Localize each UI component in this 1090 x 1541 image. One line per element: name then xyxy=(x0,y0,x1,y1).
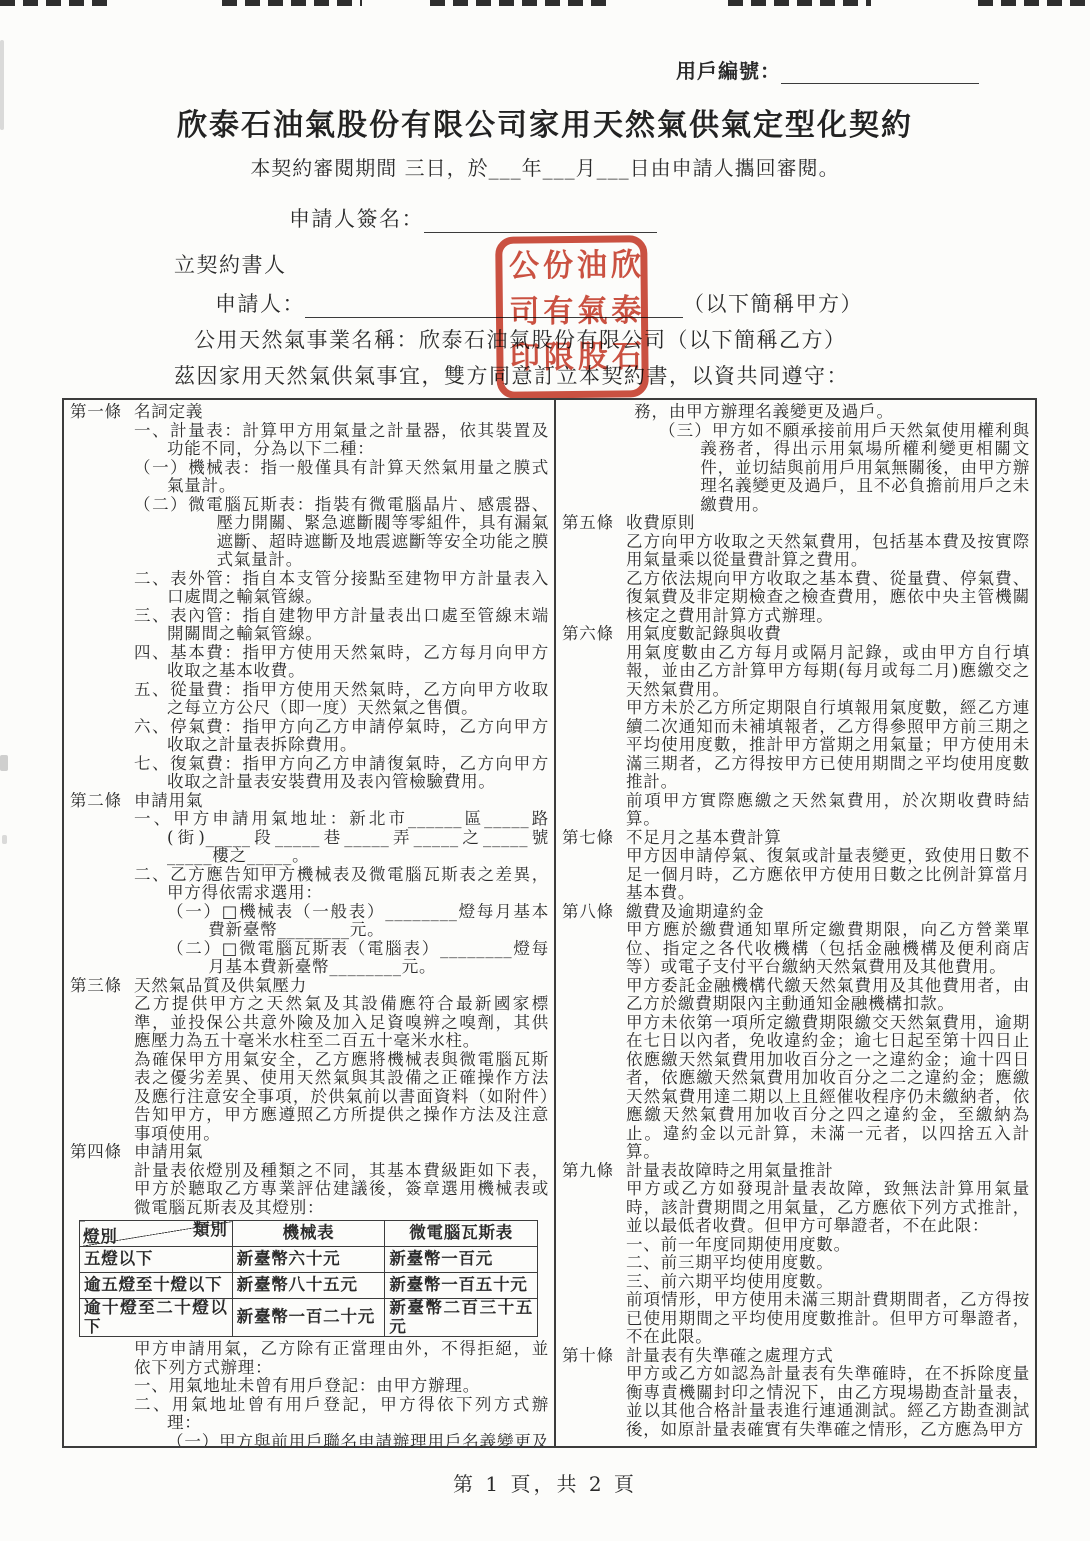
clause-2-option-mechanical[interactable]: （一）□機械表（一般表）________燈每月基本費新臺幣________元。 xyxy=(134,903,549,940)
clause-5-para: 乙方依法規向甲方收取之基本費、從量費、停氣費、復氣費及非定期檢查之檢查費用，應依… xyxy=(626,570,1030,626)
clause-8-title: 繳費及逾期違約金 xyxy=(626,903,1030,922)
clause-4-item: 二、用氣地址曾有用戶登記，甲方得依下列方式辦理： xyxy=(134,1396,549,1433)
clause-9-item: 二、前三期平均使用度數。 xyxy=(626,1254,1030,1273)
clause-8-para: 甲方應於繳費通知單所定繳費期限，向乙方營業單位、指定之各代收機構（包括金融機構及… xyxy=(626,921,1030,977)
fee-table-corner-lamp: 燈別 xyxy=(83,1228,118,1247)
clause-2-item: 一、甲方申請用氣地址：新北市______區_____路(街)_____段____… xyxy=(134,810,549,866)
fee-table-corner-category: 類別 xyxy=(193,1221,228,1240)
scan-speck-3 xyxy=(2,835,7,844)
clause-3-number: 第三條 xyxy=(70,977,134,996)
clause-4-cont-item: （三）甲方如不願承接前用戶天然氣使用權利與義務者，得出示用氣場所權利變更相關文件… xyxy=(626,422,1030,515)
fee-tier: 逾十燈至二十燈以下 xyxy=(80,1299,233,1337)
customer-number-label: 用戶編號： xyxy=(676,59,781,83)
contract-body: 第一條 名詞定義 一、計量表：計算甲方用氣量之計量器，依其裝置及功能不同，分為以… xyxy=(62,398,1037,1448)
clause-7-title: 不足月之基本費計算 xyxy=(626,829,1030,848)
clause-4-intro: 計量表依燈別及種類之不同，其基本費級距如下表，甲方於聽取乙方專業評估建議後，簽章… xyxy=(134,1162,549,1218)
clause-1-item: 五、從量費：指甲方使用天然氣時，乙方向甲方收取之每立方公尺（即一度）天然氣之售價… xyxy=(134,681,549,718)
right-column: 務，由甲方辦理名義變更及過戶。 （三）甲方如不願承接前用戶天然氣使用權利與義務者… xyxy=(556,400,1035,1446)
clause-8: 第八條 繳費及逾期違約金 甲方應於繳費通知單所定繳費期限，向乙方營業單位、指定之… xyxy=(562,903,1030,1162)
clause-1: 第一條 名詞定義 一、計量表：計算甲方用氣量之計量器，依其裝置及功能不同，分為以… xyxy=(70,403,549,792)
clause-4: 第四條 申請用氣 計量表依燈別及種類之不同，其基本費級距如下表，甲方於聽取乙方專… xyxy=(70,1143,549,1446)
clause-6-para: 用氣度數由乙方每月或隔月記錄，或由甲方自行填報，並由乙方計算甲方每期(每月或每二… xyxy=(626,644,1030,700)
clause-9-para: 甲方或乙方如發現計量表故障，致無法計算用氣量時，該計費期間之用氣量，乙方應依下列… xyxy=(626,1180,1030,1236)
clause-1-item: 六、停氣費：指甲方向乙方申請停氣時，乙方向甲方收取之計量表拆除費用。 xyxy=(134,718,549,755)
clause-6-para: 前項甲方實際應繳之天然氣費用，於次期收費時結算。 xyxy=(626,792,1030,829)
scan-artifact-tear-3 xyxy=(430,0,612,6)
clause-3-title: 天然氣品質及供氣壓力 xyxy=(134,977,549,996)
clause-1-item: 二、表外管：指自本支管分接點至建物甲方計量表入口處間之輸氣管線。 xyxy=(134,570,549,607)
clause-5-number: 第五條 xyxy=(562,514,626,533)
customer-number-field[interactable] xyxy=(781,62,979,84)
scan-artifact-tear-1 xyxy=(0,0,112,6)
scan-artifact-tear-2 xyxy=(222,0,362,6)
company-seal-stamp: 欣泰石 油氣股 份有限 公司印 xyxy=(495,235,649,399)
clause-9-item: 一、前一年度同期使用度數。 xyxy=(626,1236,1030,1255)
applicant-label: 申請人： xyxy=(215,292,305,316)
seal-column-4: 公司印 xyxy=(504,249,538,387)
fee-table-row: 逾十燈至二十燈以下 新臺幣一百二十元 新臺幣二百三十五元 xyxy=(80,1299,538,1337)
fee-table-col-computer: 微電腦瓦斯表 xyxy=(385,1221,538,1247)
applicant-signature-row: 申請人簽名： xyxy=(289,203,657,233)
clause-4-continuation: 務，由甲方辦理名義變更及過戶。 （三）甲方如不願承接前用戶天然氣使用權利與義務者… xyxy=(562,403,1030,514)
clause-6-para: 甲方未於乙方所定期限自行填報用氣度數，經乙方連續二次通知而未補填報者，乙方得參照… xyxy=(626,699,1030,792)
fee-table-corner-cell: 類別 燈別 xyxy=(80,1221,233,1247)
clause-3: 第三條 天然氣品質及供氣壓力 乙方提供甲方之天然氣及其設備應符合最新國家標準，並… xyxy=(70,977,549,1144)
clause-8-number: 第八條 xyxy=(562,903,626,922)
clause-4-cont-para: 務，由甲方辦理名義變更及過戶。 xyxy=(626,403,1030,422)
clause-2-option-computer[interactable]: （二）□微電腦瓦斯表（電腦表）________燈每月基本費新臺幣________… xyxy=(134,940,549,977)
clause-3-para: 為確保甲方用氣安全，乙方應將機械表與微電腦瓦斯表之優劣差異、使用天然氣與其設備之… xyxy=(134,1051,549,1144)
clause-4-title: 申請用氣 xyxy=(134,1143,549,1162)
clause-1-item: 一、計量表：計算甲方用氣量之計量器，依其裝置及功能不同，分為以下二種： xyxy=(134,422,549,459)
seal-column-2: 油氣股 xyxy=(572,248,606,386)
review-period-line: 本契約審閱期間 三日，於___年___月___日由申請人攜回審閱。 xyxy=(0,152,1090,181)
fee-mechanical: 新臺幣八十五元 xyxy=(232,1273,385,1299)
scan-speck-2 xyxy=(0,755,8,771)
clause-1-number: 第一條 xyxy=(70,403,134,422)
fee-table-col-mechanical: 機械表 xyxy=(232,1221,385,1247)
fee-computer: 新臺幣一百五十元 xyxy=(385,1273,538,1299)
clause-10-para: 甲方或乙方如認為計量表有失準確時，在不拆除度量衡專責機關封印之情況下，由乙方現場… xyxy=(626,1365,1030,1439)
fee-mechanical: 新臺幣六十元 xyxy=(232,1247,385,1273)
clause-9-para: 前項情形，甲方使用未滿三期計費期間者，乙方得按已使用期間之平均使用度數推計。但甲… xyxy=(626,1291,1030,1347)
clause-4-number: 第四條 xyxy=(70,1143,134,1162)
customer-number-row: 用戶編號： xyxy=(676,55,979,84)
clause-4-item: （一）甲方與前用戶聯名申請辦理用戶名義變更及過戶。 xyxy=(134,1433,549,1447)
applicant-signature-field[interactable] xyxy=(424,210,657,233)
fee-table-header-row: 類別 燈別 機械表 微電腦瓦斯表 xyxy=(80,1221,538,1247)
clause-10-title: 計量表有失準確之處理方式 xyxy=(626,1347,1030,1366)
clause-8-para: 甲方委託金融機構代繳天然氣費用及其他費用者，由乙方於繳費期限內主動通知金融機構扣… xyxy=(626,977,1030,1014)
clause-1-title: 名詞定義 xyxy=(134,403,549,422)
clause-7: 第七條 不足月之基本費計算 甲方因申請停氣、復氣或計量表變更，致使用日數不足一個… xyxy=(562,829,1030,903)
clause-7-number: 第七條 xyxy=(562,829,626,848)
clause-2-title: 申請用氣 xyxy=(134,792,549,811)
seal-column-3: 份有限 xyxy=(538,248,572,386)
fee-table-row: 逾五燈至十燈以下 新臺幣八十五元 新臺幣一百五十元 xyxy=(80,1273,538,1299)
clause-5-title: 收費原則 xyxy=(626,514,1030,533)
seal-column-1: 欣泰石 xyxy=(606,248,640,386)
clause-6: 第六條 用氣度數記錄與收費 用氣度數由乙方每月或隔月記錄，或由甲方自行填報，並由… xyxy=(562,625,1030,829)
fee-mechanical: 新臺幣一百二十元 xyxy=(232,1299,385,1337)
clause-5: 第五條 收費原則 乙方向甲方收取之天然氣費用，包括基本費及按實際用氣量乘以從量費… xyxy=(562,514,1030,625)
page-title: 欣泰石油氣股份有限公司家用天然氣供氣定型化契約 xyxy=(0,100,1090,144)
scan-artifact-tear-5 xyxy=(978,0,1090,6)
scan-artifact-tear-4 xyxy=(728,0,871,6)
applicant-signature-label: 申請人簽名： xyxy=(289,207,424,231)
clause-10: 第十條 計量表有失準確之處理方式 甲方或乙方如認為計量表有失準確時，在不拆除度量… xyxy=(562,1347,1030,1440)
fee-tier: 逾五燈至十燈以下 xyxy=(80,1273,233,1299)
clause-10-number: 第十條 xyxy=(562,1347,626,1366)
fee-computer: 新臺幣二百三十五元 xyxy=(385,1299,538,1337)
clause-6-title: 用氣度數記錄與收費 xyxy=(626,625,1030,644)
clause-9: 第九條 計量表故障時之用氣量推計 甲方或乙方如發現計量表故障，致無法計算用氣量時… xyxy=(562,1162,1030,1347)
basic-fee-table: 類別 燈別 機械表 微電腦瓦斯表 五燈以下 新臺幣六十元 新臺幣一百元 逾五燈至… xyxy=(79,1220,538,1337)
clause-1-item: （一）機械表：指一般僅具有計算天然氣用量之膜式氣量計。 xyxy=(134,459,549,496)
clause-3-para: 乙方提供甲方之天然氣及其設備應符合最新國家標準，並投保公共意外險及加入足資嗅辨之… xyxy=(134,995,549,1051)
clause-1-item: 七、復氣費：指甲方向乙方申請復氣時，乙方向甲方收取之計量表安裝費用及表內管檢驗費… xyxy=(134,755,549,792)
fee-tier: 五燈以下 xyxy=(80,1247,233,1273)
clause-4-para: 甲方申請用氣，乙方除有正當理由外，不得拒絕，並依下列方式辦理： xyxy=(134,1340,549,1377)
clause-1-item: 三、表內管：指自建物甲方計量表出口處至管線末端開關間之輸氣管線。 xyxy=(134,607,549,644)
clause-9-item: 三、前六期平均使用度數。 xyxy=(626,1273,1030,1292)
clause-9-title: 計量表故障時之用氣量推計 xyxy=(626,1162,1030,1181)
fee-computer: 新臺幣一百元 xyxy=(385,1247,538,1273)
left-column: 第一條 名詞定義 一、計量表：計算甲方用氣量之計量器，依其裝置及功能不同，分為以… xyxy=(64,400,556,1446)
clause-9-number: 第九條 xyxy=(562,1162,626,1181)
clause-1-item: 四、基本費：指甲方使用天然氣時，乙方每月向甲方收取之基本收費。 xyxy=(134,644,549,681)
clause-1-item: （二）微電腦瓦斯表：指裝有微電腦晶片、感震器、壓力開關、緊急遮斷閥等零組件，具有… xyxy=(134,496,549,570)
clause-6-number: 第六條 xyxy=(562,625,626,644)
clause-2-number: 第二條 xyxy=(70,792,134,811)
clause-4-item: 一、用氣地址未曾有用戶登記：由甲方辦理。 xyxy=(134,1377,549,1396)
clause-2-item: 二、乙方應告知甲方機械表及微電腦瓦斯表之差異，甲方得依需求選用： xyxy=(134,866,549,903)
applicant-note: （以下簡稱甲方） xyxy=(683,292,863,316)
clause-2: 第二條 申請用氣 一、甲方申請用氣地址：新北市______區_____路(街)_… xyxy=(70,792,549,977)
clause-8-para: 甲方未依第一項所定繳費期限繳交天然氣費用，逾期在七日以內者，免收違約金；逾七日起… xyxy=(626,1014,1030,1162)
clause-5-para: 乙方向甲方收取之天然氣費用，包括基本費及按實際用氣量乘以從量費計算之費用。 xyxy=(626,533,1030,570)
page-number: 第 1 頁，共 2 頁 xyxy=(0,1468,1090,1497)
fee-table-row: 五燈以下 新臺幣六十元 新臺幣一百元 xyxy=(80,1247,538,1273)
contract-maker-label: 立契約書人 xyxy=(174,249,287,279)
clause-7-para: 甲方因申請停氣、復氣或計量表變更，致使用日數不足一個月時，乙方應依甲方使用日數之… xyxy=(626,847,1030,903)
